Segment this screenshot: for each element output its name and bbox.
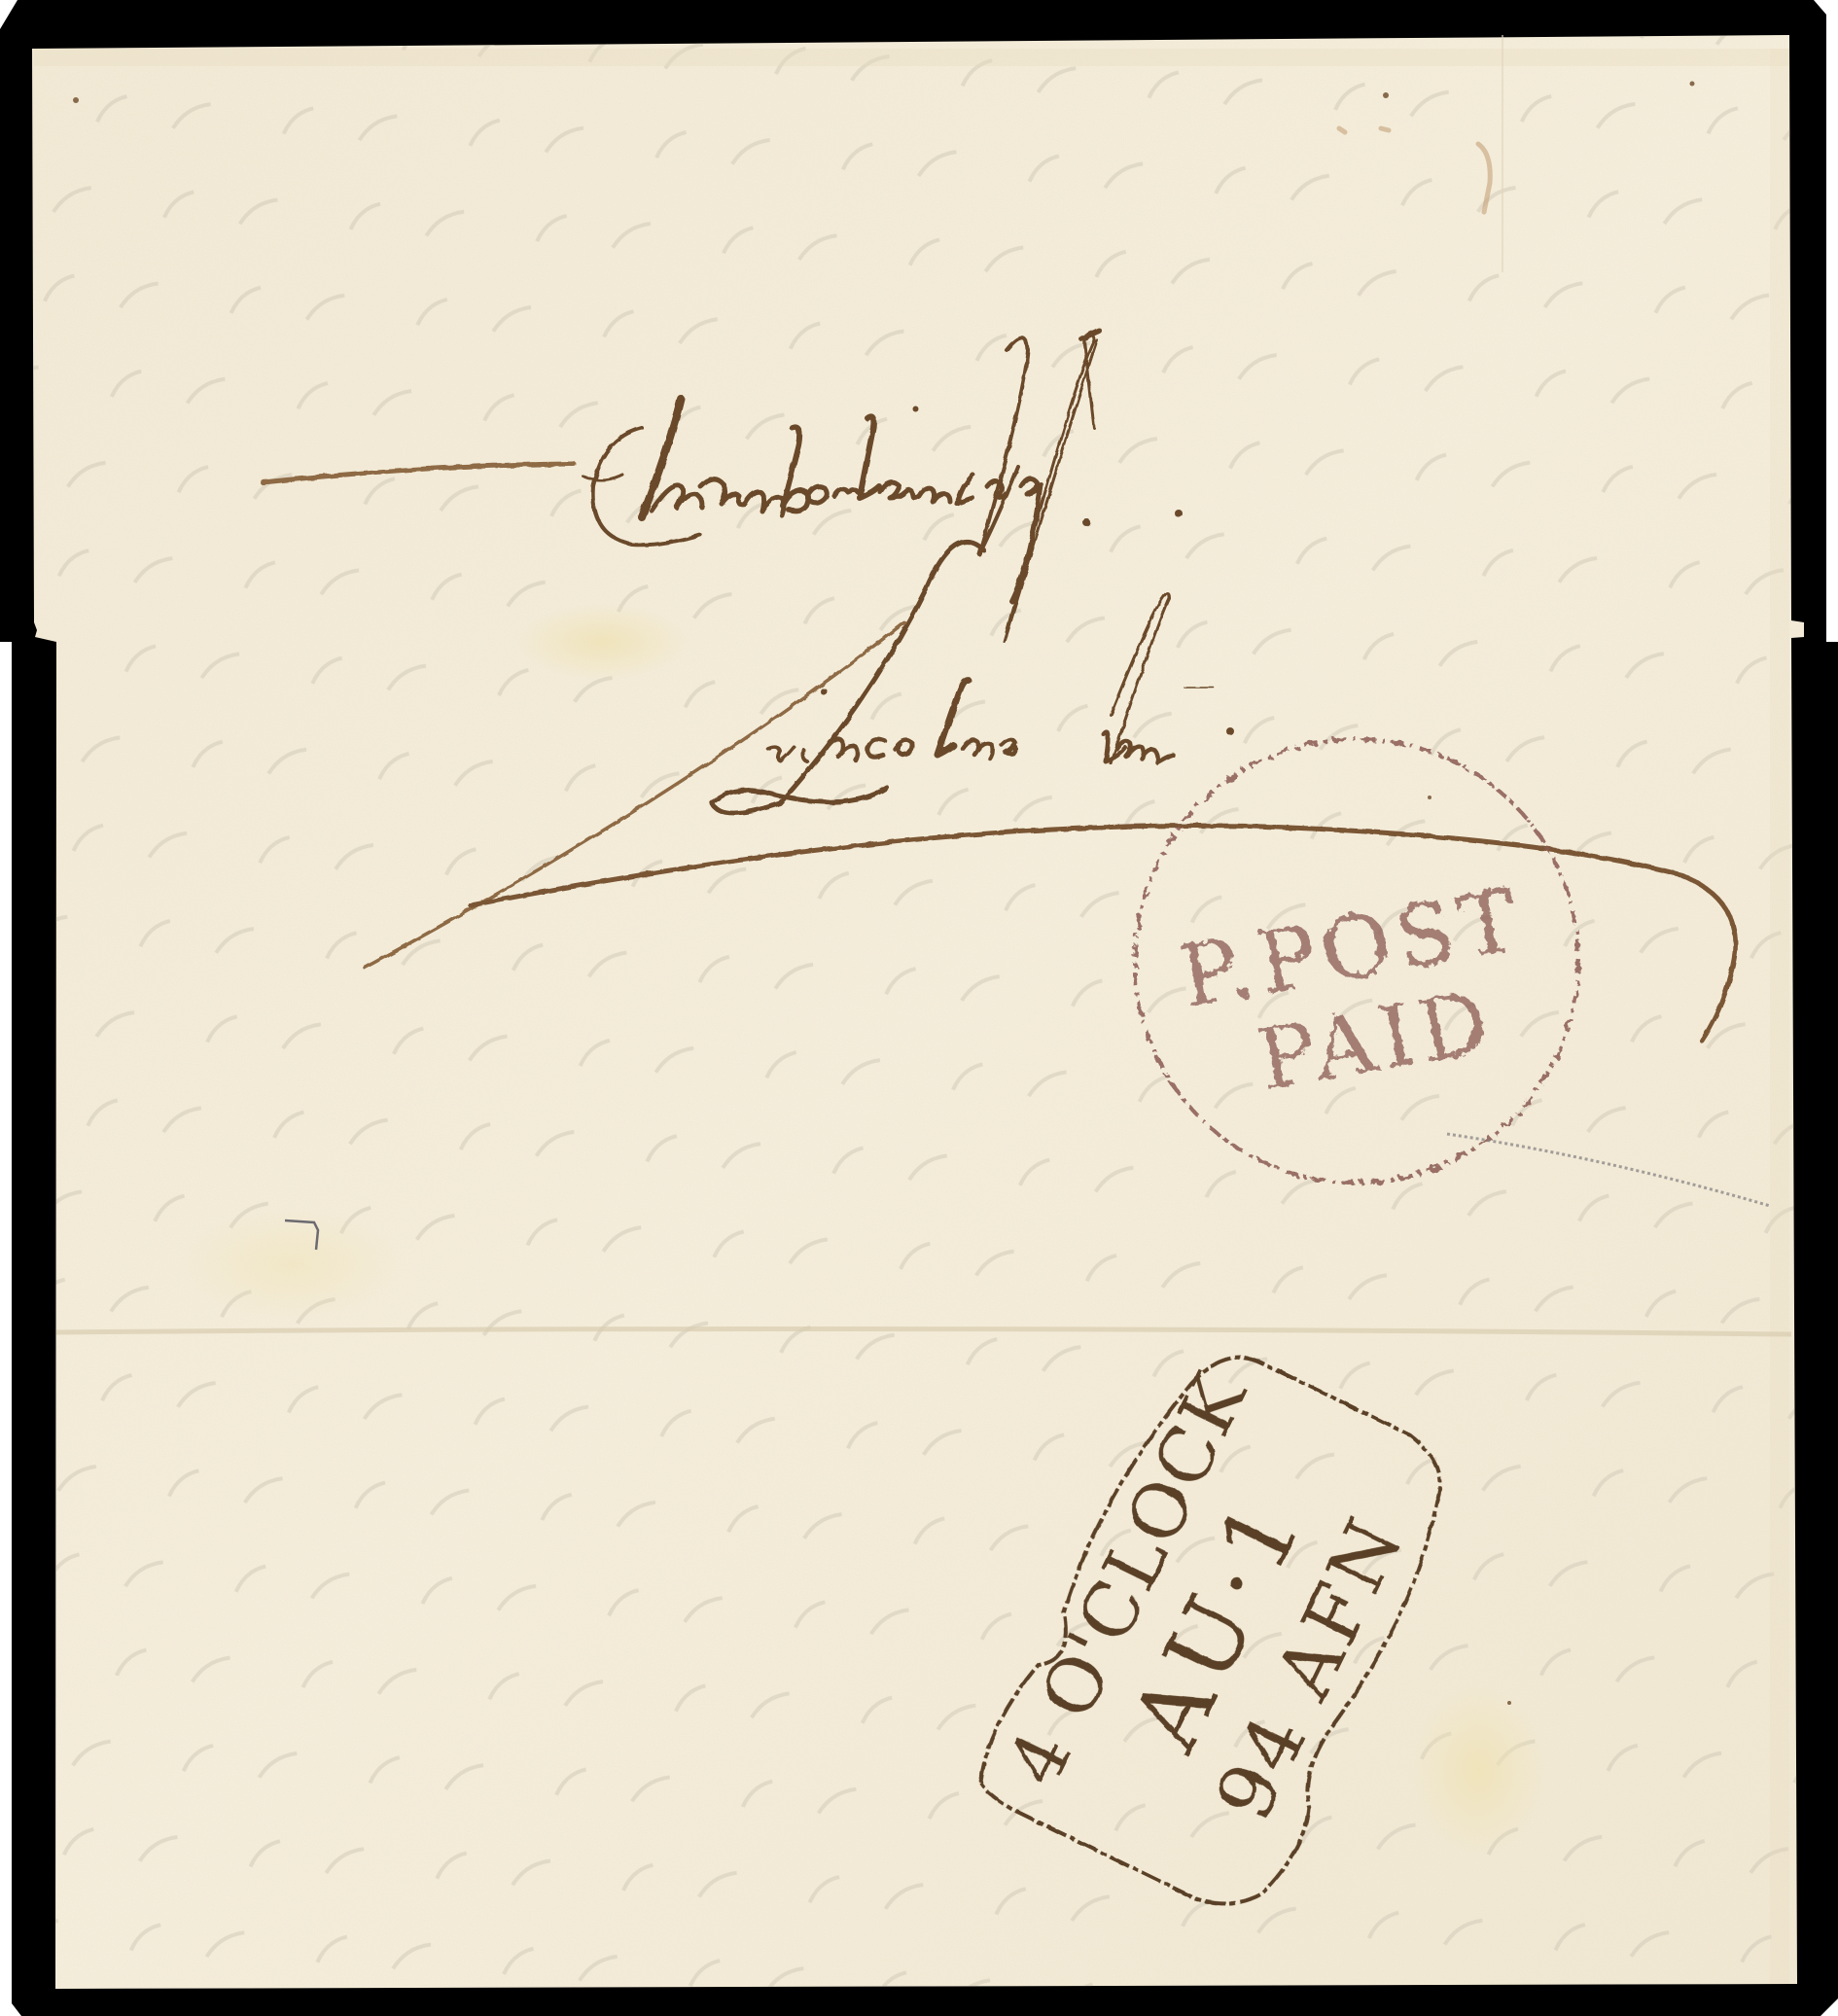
- postal-cover-scan: P.POST PAID 4 O'CLOCK AU·1 94 AFN Chambe…: [0, 0, 1838, 2016]
- postal-cover-artwork: P.POST PAID 4 O'CLOCK AU·1 94 AFN: [0, 0, 1838, 2016]
